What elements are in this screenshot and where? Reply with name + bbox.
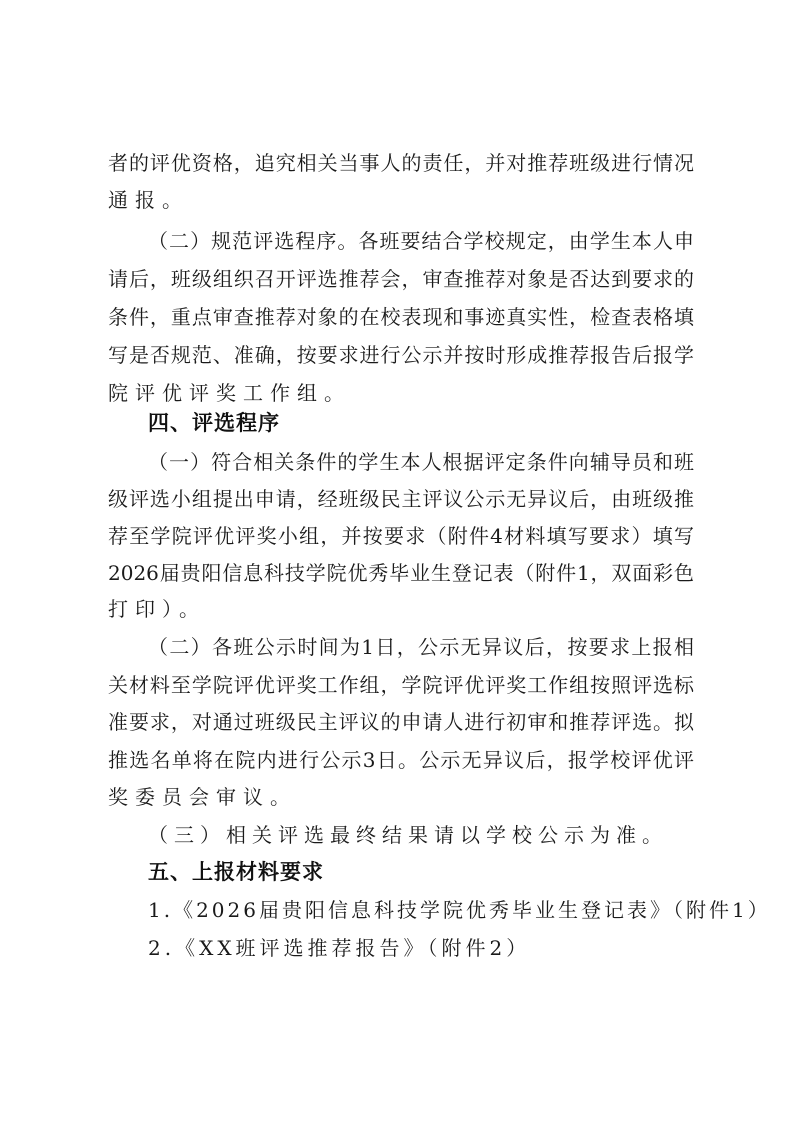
paragraph-line: 条件，重点审查推荐对象的在校表现和事迹真实性，检查表格填 [108, 302, 694, 332]
section-heading: 四、评选程序 [148, 408, 280, 438]
paragraph-line: 准要求，对通过班级民主评议的申请人进行初审和推荐评选。拟 [108, 707, 694, 737]
paragraph-line: 奖委员会审议。 [108, 782, 694, 812]
paragraph-line: 通报。 [108, 185, 694, 215]
paragraph-line: 者的评优资格，追究相关当事人的责任，并对推荐班级进行情况 [108, 148, 694, 178]
paragraph-line: 荐至学院评优评奖小组，并按要求（附件4材料填写要求）填写 [108, 521, 694, 551]
paragraph-line: （二）规范评选程序。各班要结合学校规定，由学生本人申 [148, 226, 694, 256]
paragraph-line: （一）符合相关条件的学生本人根据评定条件向辅导员和班 [148, 447, 694, 477]
paragraph-line: （二）各班公示时间为1日，公示无异议后，按要求上报相 [148, 632, 694, 662]
document-page: 者的评优资格，追究相关当事人的责任，并对推荐班级进行情况 通报。 （二）规范评选… [0, 0, 793, 1122]
paragraph-line: 推选名单将在院内进行公示3日。公示无异议后，报学校评优评 [108, 745, 694, 775]
paragraph-line: 请后，班级组织召开评选推荐会，审查推荐对象是否达到要求的 [108, 264, 694, 294]
paragraph-line: 2026届贵阳信息科技学院优秀毕业生登记表（附件1，双面彩色 [108, 558, 694, 588]
paragraph-line: 打印）。 [108, 594, 694, 624]
paragraph-line: （三）相关评选最终结果请以学校公示为准。 [148, 820, 694, 850]
paragraph-line: 关材料至学院评优评奖工作组，学院评优评奖工作组按照评选标 [108, 670, 694, 700]
section-heading: 五、上报材料要求 [148, 857, 324, 887]
paragraph-line: 级评选小组提出申请，经班级民主评议公示无异议后，由班级推 [108, 484, 694, 514]
paragraph-line: 院评优评奖工作组。 [108, 378, 694, 408]
list-item: 2.《XX班评选推荐报告》（附件2） [148, 933, 530, 963]
paragraph-line: 写是否规范、准确，按要求进行公示并按时形成推荐报告后报学 [108, 340, 694, 370]
list-item: 1.《2026届贵阳信息科技学院优秀毕业生登记表》（附件1） [148, 895, 771, 925]
